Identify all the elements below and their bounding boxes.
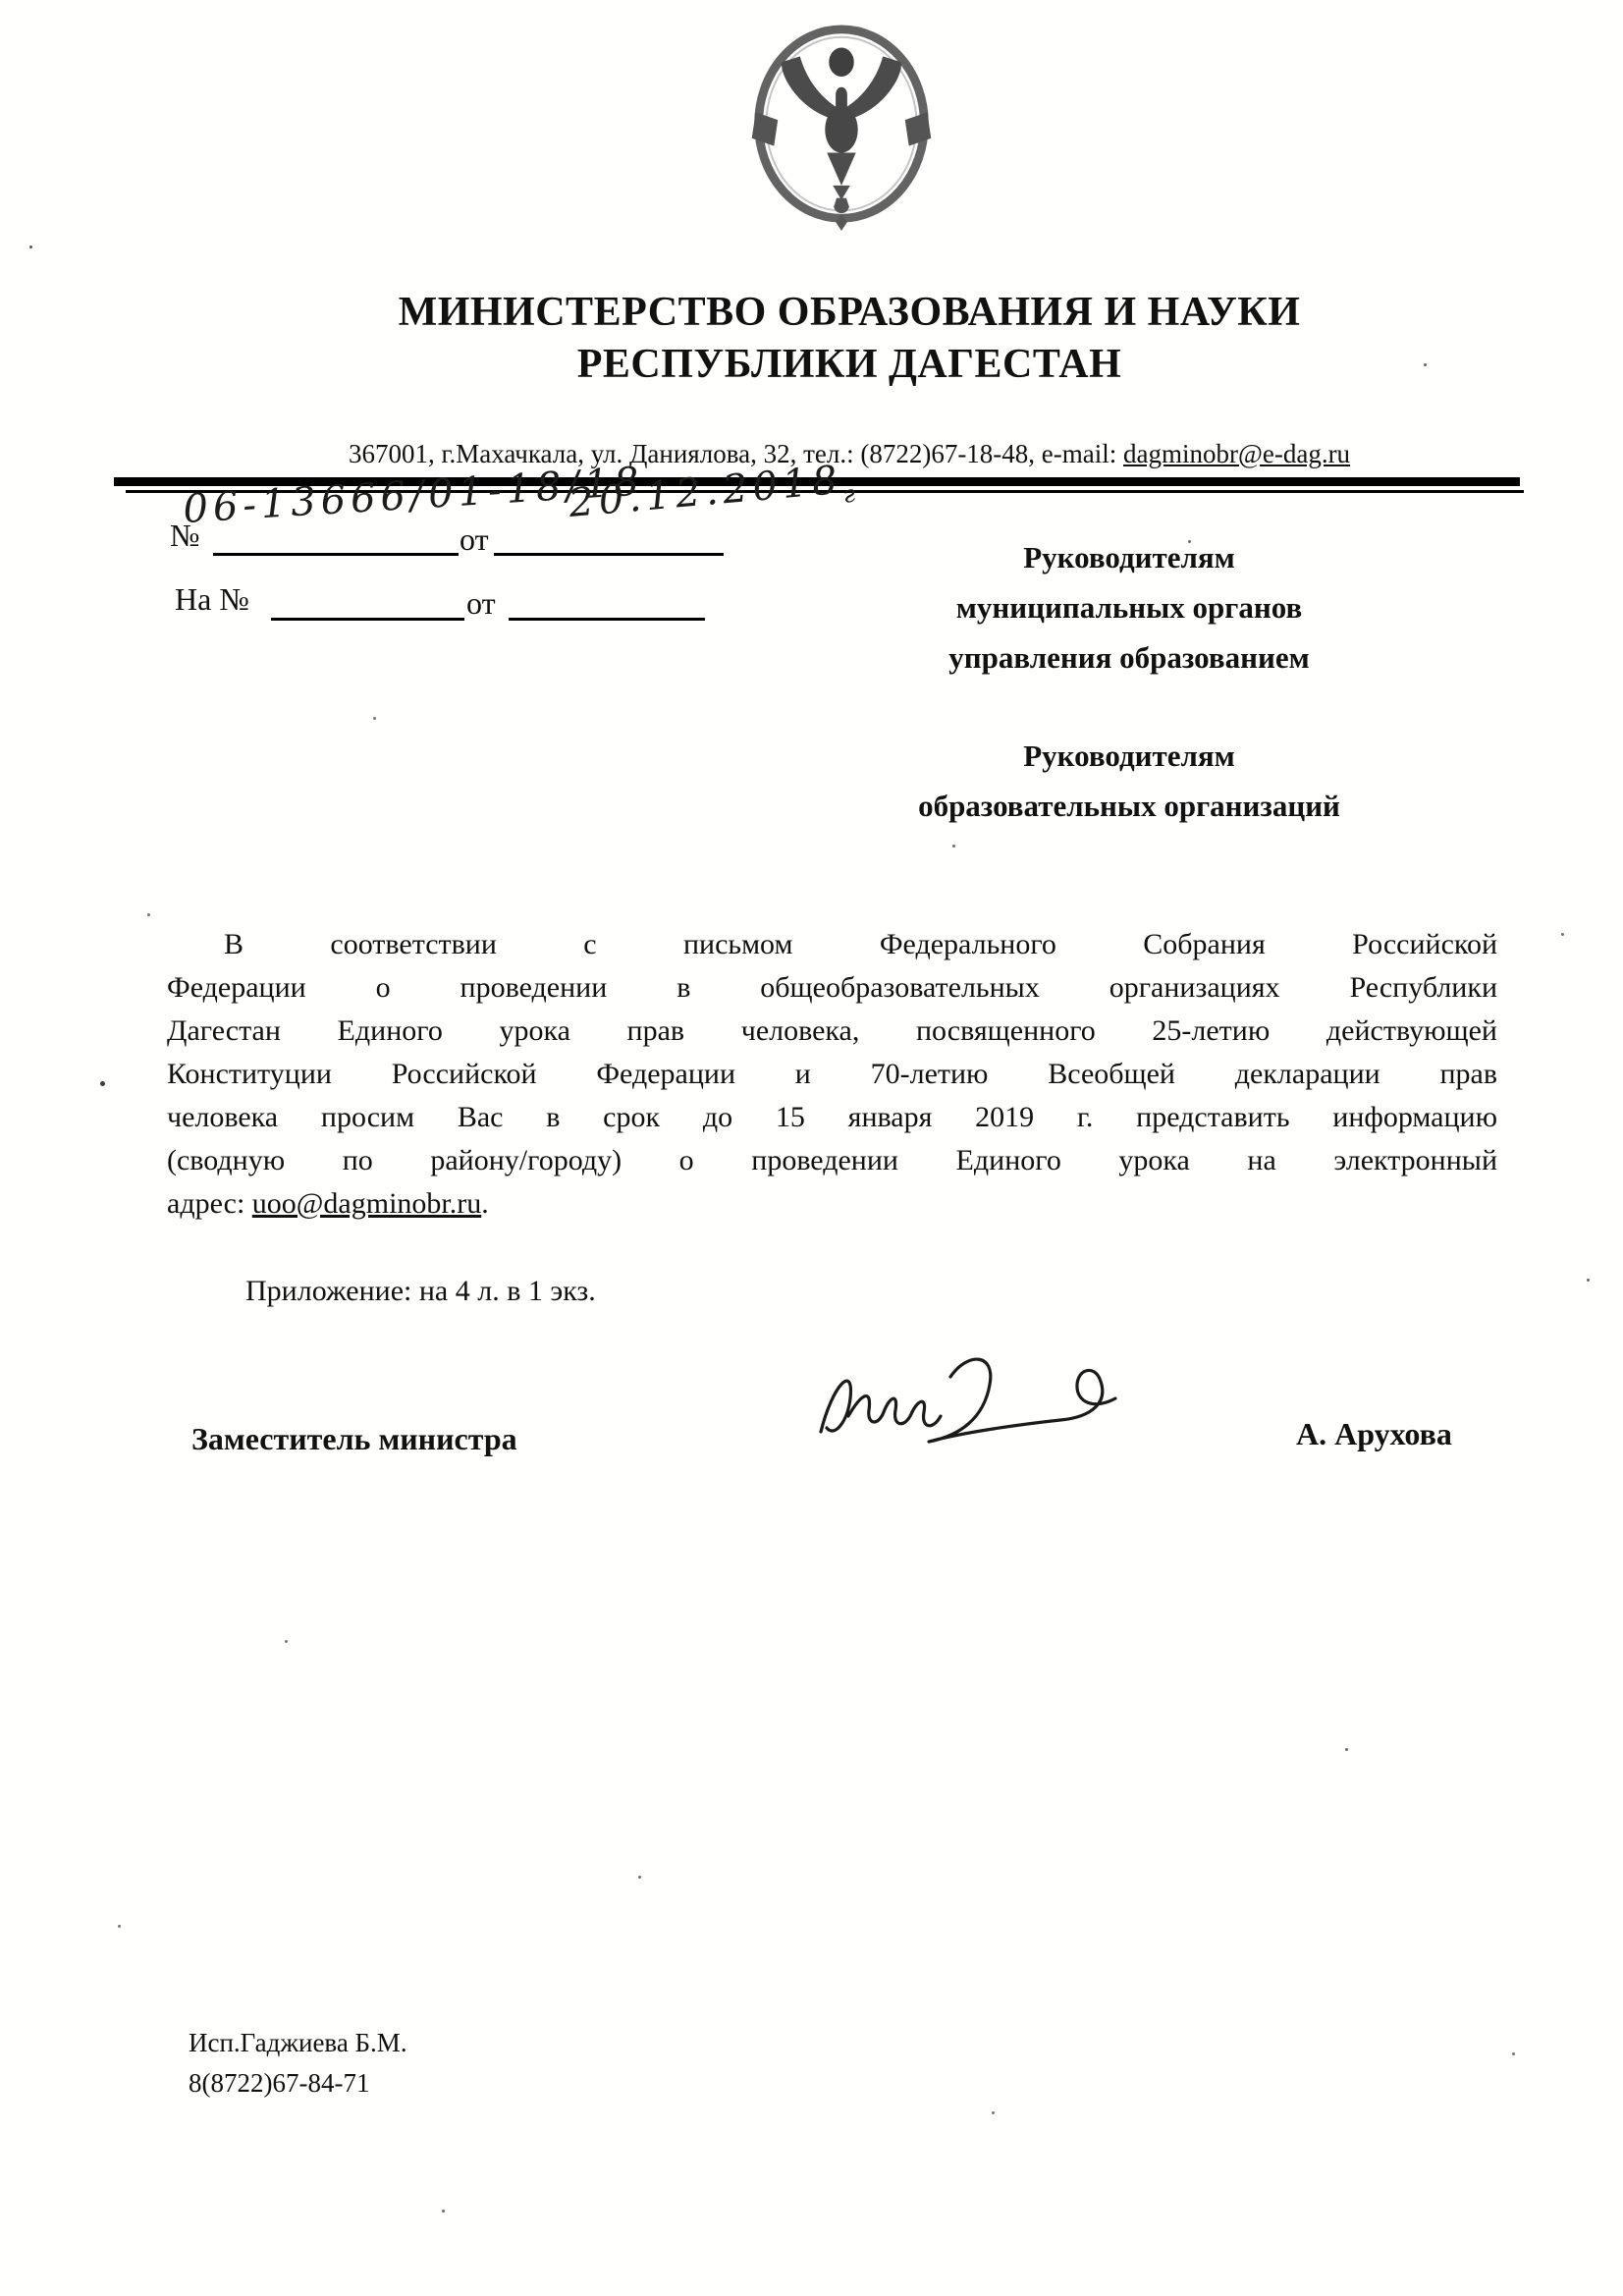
reply-number-blank-line (271, 618, 464, 621)
body-line: В соответствии с письмом Федерального Со… (167, 923, 1497, 966)
executor-block: Исп.Гаджиева Б.М. 8(8722)67-84-71 (189, 2023, 407, 2104)
recipients-block-municipal: Руководителям муниципальных органов упра… (889, 532, 1370, 683)
body-line: человека просим Вас в срок до 15 января … (167, 1096, 1497, 1139)
outgoing-number-blank-line (213, 553, 459, 556)
outgoing-date-blank-line (494, 553, 724, 556)
ministry-name: МИНИСТЕРСТВО ОБРАЗОВАНИЯ И НАУКИ РЕСПУБЛ… (147, 287, 1551, 391)
recipient-line: Руководителям (889, 532, 1370, 582)
reply-date-blank-line (509, 618, 705, 621)
reply-ot-label: от (466, 585, 496, 622)
address-email-link[interactable]: dagminobr@e-dag.ru (1123, 439, 1350, 468)
coat-of-arms-eagle-icon (749, 24, 934, 232)
scan-noise (29, 246, 32, 248)
signer-position: Заместитель министра (191, 1421, 517, 1457)
recipient-line: муниципальных органов (889, 582, 1370, 632)
body-line: Конституции Российской Федерации и 70-ле… (167, 1053, 1497, 1096)
recipient-line: Руководителям (889, 731, 1370, 781)
address-text: 367001, г.Махачкала, ул. Даниялова, 32, … (349, 439, 1123, 468)
body-email-suffix: . (481, 1187, 489, 1220)
executor-name: Исп.Гаджиева Б.М. (189, 2023, 407, 2063)
body-line: Дагестан Единого урока прав человека, по… (167, 1010, 1497, 1053)
body-line: (сводную по району/городу) о проведении … (167, 1139, 1497, 1182)
recipients-block-educational: Руководителям образовательных организаци… (889, 731, 1370, 831)
body-email-link[interactable]: uoo@dagminobr.ru (252, 1187, 481, 1220)
ministry-name-line2: РЕСПУБЛИКИ ДАГЕСТАН (147, 339, 1551, 391)
letter-body: В соответствии с письмом Федерального Со… (167, 923, 1497, 1226)
scanned-letter-page: МИНИСТЕРСТВО ОБРАЗОВАНИЯ И НАУКИ РЕСПУБЛ… (0, 0, 1623, 2296)
body-line: Федерации о проведении в общеобразовател… (167, 966, 1497, 1010)
outgoing-date-year-mark: г (842, 480, 857, 509)
signature-scribble (803, 1334, 1142, 1471)
recipient-line: образовательных организаций (889, 781, 1370, 831)
ministry-name-line1: МИНИСТЕРСТВО ОБРАЗОВАНИЯ И НАУКИ (147, 287, 1551, 339)
body-email-prefix: адрес: (167, 1187, 252, 1220)
reply-number-label: На № (175, 581, 249, 618)
attachment-line: Приложение: на 4 л. в 1 экз. (245, 1275, 596, 1308)
body-line-last: адрес: uoo@dagminobr.ru. (167, 1182, 1497, 1226)
outgoing-ot-label: от (460, 521, 489, 558)
signer-name: А. Арухова (1296, 1416, 1452, 1452)
executor-phone: 8(8722)67-84-71 (189, 2063, 407, 2104)
recipient-line: управления образованием (889, 632, 1370, 683)
